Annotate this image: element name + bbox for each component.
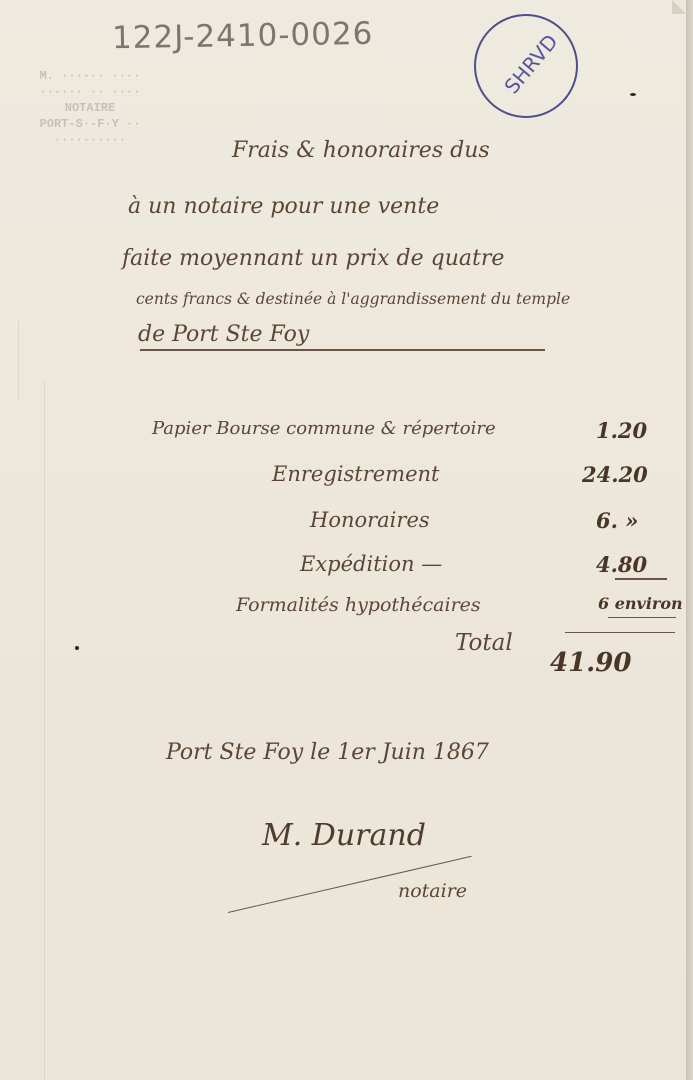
heading-line: à un notaire pour une vente	[128, 194, 439, 219]
signature-title: notaire	[398, 880, 467, 902]
ink-spot	[630, 93, 636, 96]
total-amount: 41.90	[550, 648, 631, 678]
notary-stamp-line: ··········	[10, 132, 170, 148]
archive-reference-number: 122J-2410-0026	[112, 16, 374, 57]
place-date: Port Ste Foy le 1er Juin 1867	[166, 740, 489, 765]
faint-fold-line	[44, 380, 45, 1080]
heading-line: faite moyennant un prix de quatre	[122, 246, 504, 271]
notary-stamp-line: ······ ·· ····	[10, 84, 170, 100]
notary-stamp-line: M. ······ ····	[10, 68, 170, 84]
signature-name: M. Durand	[262, 818, 426, 853]
fee-amount: 4.80	[596, 552, 647, 577]
page-corner-fold	[672, 0, 686, 14]
heading-underline	[140, 349, 545, 351]
notary-stamp-line: NOTAIRE	[10, 100, 170, 116]
heading-line: Frais & honoraires dus	[232, 138, 490, 163]
heading-line: de Port Ste Foy	[138, 322, 309, 347]
archive-stamp-text: SHRVD	[493, 22, 569, 106]
amount-underline	[608, 617, 676, 618]
fee-label: Enregistrement	[272, 462, 439, 486]
fee-label: Papier Bourse commune & répertoire	[152, 418, 496, 439]
total-label: Total	[455, 630, 513, 656]
fee-amount: 6. »	[596, 508, 638, 533]
fee-amount: 1.20	[596, 418, 647, 443]
notary-stamp-line: PORT-S·-F·Y ··	[10, 116, 170, 132]
fee-label: Expédition —	[300, 552, 442, 576]
notary-letterhead-stamp: M. ······ ···· ······ ·· ···· NOTAIRE PO…	[10, 68, 170, 148]
total-separator-line	[565, 632, 675, 633]
faint-margin-line	[18, 320, 19, 400]
amount-underline	[615, 578, 667, 580]
archive-stamp: SHRVD	[474, 14, 578, 118]
fee-amount: 24.20	[582, 462, 648, 487]
fee-amount: 6 environ	[598, 594, 683, 613]
page-edge	[686, 0, 693, 1080]
fee-label: Honoraires	[310, 508, 430, 532]
ink-spot	[75, 646, 79, 650]
heading-line: cents francs & destinée à l'aggrandissem…	[136, 290, 570, 308]
fee-label: Formalités hypothécaires	[236, 594, 481, 616]
